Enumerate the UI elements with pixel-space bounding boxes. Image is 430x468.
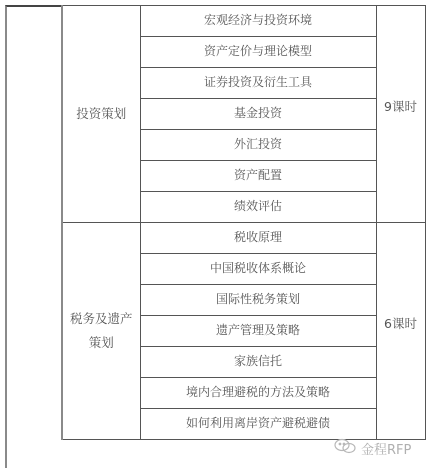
watermark-text: 金程RFP: [361, 439, 411, 458]
topic-cell: 家族信托: [140, 347, 376, 378]
topic-cell: 资产定价与理论模型: [140, 37, 376, 68]
document-page: 投资策划 宏观经济与投资环境 9课时 资产定价与理论模型 证券投资及衍生工具 基…: [0, 0, 430, 468]
topic-cell: 国际性税务策划: [140, 285, 376, 316]
topic-cell: 中国税收体系概论: [140, 254, 376, 285]
module-cell: 投资策划: [62, 6, 140, 223]
wechat-icon: [333, 438, 357, 458]
hours-label: 6课时: [384, 314, 417, 332]
table-row: 投资策划 宏观经济与投资环境 9课时: [62, 6, 425, 37]
course-schedule-table: 投资策划 宏观经济与投资环境 9课时 资产定价与理论模型 证券投资及衍生工具 基…: [61, 5, 426, 440]
outer-left-column: [5, 5, 62, 468]
topic-cell: 税收原理: [140, 223, 376, 254]
topic-cell: 宏观经济与投资环境: [140, 6, 376, 37]
module-label: 投资策划: [76, 106, 126, 121]
topic-cell: 境内合理避税的方法及策略: [140, 378, 376, 409]
module-cell: 税务及遗产策划: [62, 223, 140, 440]
watermark: 金程RFP: [333, 438, 411, 458]
topic-cell: 外汇投资: [140, 130, 376, 161]
hours-cell: 6课时: [376, 223, 425, 440]
topic-cell: 绩效评估: [140, 192, 376, 223]
module-label: 税务及遗产策划: [69, 307, 133, 355]
hours-label: 9课时: [384, 97, 417, 115]
hours-cell: 9课时: [376, 6, 425, 223]
table-row: 税务及遗产策划 税收原理 6课时: [62, 223, 425, 254]
topic-cell: 遗产管理及策略: [140, 316, 376, 347]
topic-cell: 基金投资: [140, 99, 376, 130]
topic-cell: 如何利用离岸资产避税避债: [140, 409, 376, 440]
topic-cell: 资产配置: [140, 161, 376, 192]
topic-cell: 证券投资及衍生工具: [140, 68, 376, 99]
